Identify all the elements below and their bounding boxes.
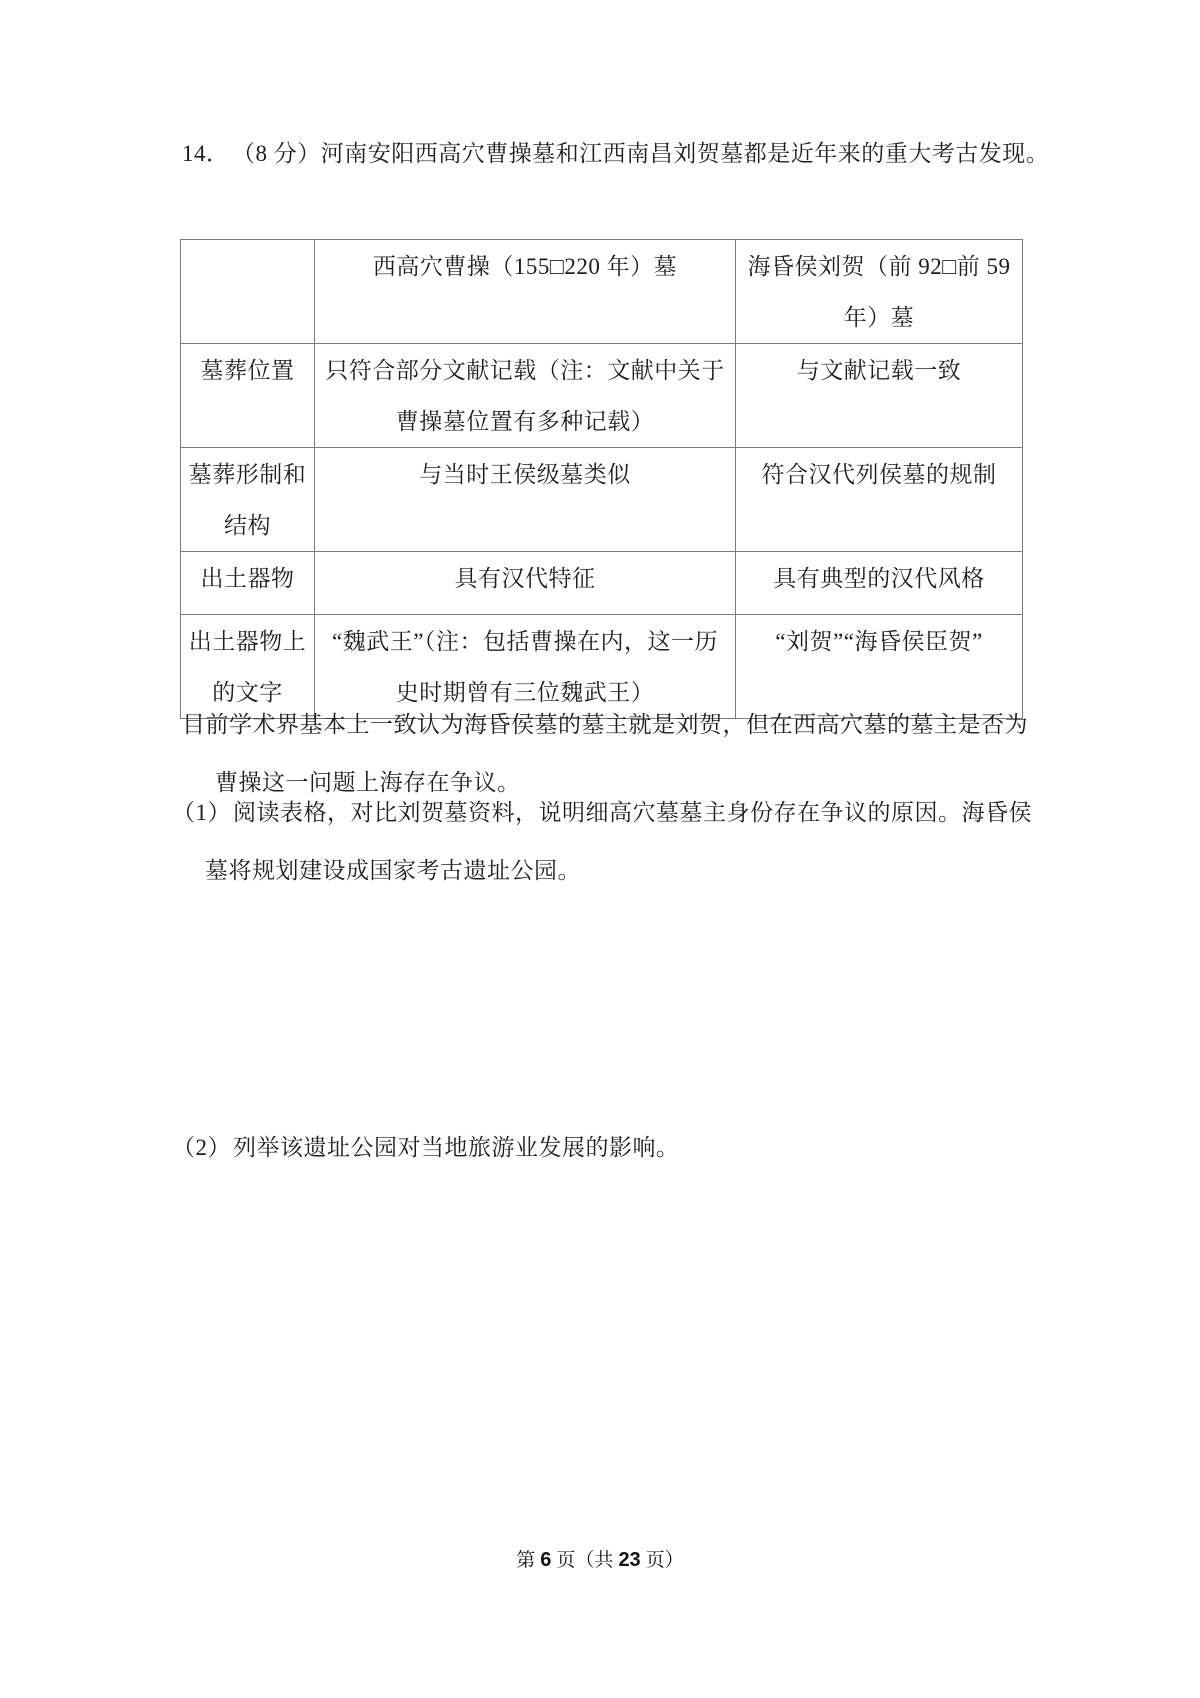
cell-burial-location-caocao: 只符合部分文献记载（注：文献中关于曹操墓位置有多种记载） bbox=[315, 344, 736, 448]
table-row-burial-location: 墓葬位置 只符合部分文献记载（注：文献中关于曹操墓位置有多种记载） 与文献记载一… bbox=[181, 344, 1023, 448]
footer-total-pages: 23 bbox=[618, 1549, 640, 1571]
footer-prefix: 第 bbox=[516, 1550, 535, 1571]
header-liuhe-tomb: 海昏侯刘贺（前 92□前 59 年）墓 bbox=[736, 240, 1023, 344]
question-14-paragraph: 14．（8 分）河南安阳西高穴曹操墓和江西南昌刘贺墓都是近年来的重大考古发现。 bbox=[182, 125, 1050, 183]
header-caocao-tomb: 西高穴曹操（155□220 年）墓 bbox=[315, 240, 736, 344]
subquestion-2-text: 列举该遗址公园对当地旅游业发展的影响。 bbox=[233, 1135, 680, 1160]
cell-burial-location-liuhe: 与文献记载一致 bbox=[736, 344, 1023, 448]
table-row-tomb-structure: 墓葬形制和结构 与当时王侯级墓类似 符合汉代列侯墓的规制 bbox=[181, 448, 1023, 552]
footer-page-number: 6 bbox=[540, 1549, 551, 1571]
row-label-unearthed-artifacts: 出土器物 bbox=[181, 552, 315, 615]
tomb-comparison-table: 西高穴曹操（155□220 年）墓 海昏侯刘贺（前 92□前 59 年）墓 墓葬… bbox=[180, 239, 1023, 719]
cell-unearthed-artifacts-liuhe: 具有典型的汉代风格 bbox=[736, 552, 1023, 615]
row-label-tomb-structure: 墓葬形制和结构 bbox=[181, 448, 315, 552]
cell-tomb-structure-caocao: 与当时王侯级墓类似 bbox=[315, 448, 736, 552]
footer-middle: 页（共 bbox=[556, 1550, 613, 1571]
subquestion-1-text: 阅读表格，对比刘贺墓资料，说明细高穴墓墓主身份存在争议的原因。海昏侯墓将规划建设… bbox=[205, 800, 1032, 883]
table-corner-cell bbox=[181, 240, 315, 344]
subquestion-1-number: （1） bbox=[172, 800, 231, 825]
subquestion-2-paragraph: （2）列举该遗址公园对当地旅游业发展的影响。 bbox=[172, 1119, 1044, 1177]
cell-unearthed-artifacts-caocao: 具有汉代特征 bbox=[315, 552, 736, 615]
table-header-row: 西高穴曹操（155□220 年）墓 海昏侯刘贺（前 92□前 59 年）墓 bbox=[181, 240, 1023, 344]
footer-suffix: 页） bbox=[646, 1550, 684, 1571]
question-number: 14． bbox=[182, 141, 230, 166]
page-footer: 第6页（共23页） bbox=[0, 1545, 1200, 1572]
table-row-unearthed-artifacts: 出土器物 具有汉代特征 具有典型的汉代风格 bbox=[181, 552, 1023, 615]
subquestion-2-number: （2） bbox=[172, 1135, 231, 1160]
subquestion-1-paragraph: （1）阅读表格，对比刘贺墓资料，说明细高穴墓墓主身份存在争议的原因。海昏侯墓将规… bbox=[172, 784, 1044, 900]
cell-tomb-structure-liuhe: 符合汉代列侯墓的规制 bbox=[736, 448, 1023, 552]
row-label-burial-location: 墓葬位置 bbox=[181, 344, 315, 448]
question-intro-text: （8 分）河南安阳西高穴曹操墓和江西南昌刘贺墓都是近年来的重大考古发现。 bbox=[244, 141, 1050, 166]
exam-page: 14．（8 分）河南安阳西高穴曹操墓和江西南昌刘贺墓都是近年来的重大考古发现。 … bbox=[0, 0, 1200, 1698]
